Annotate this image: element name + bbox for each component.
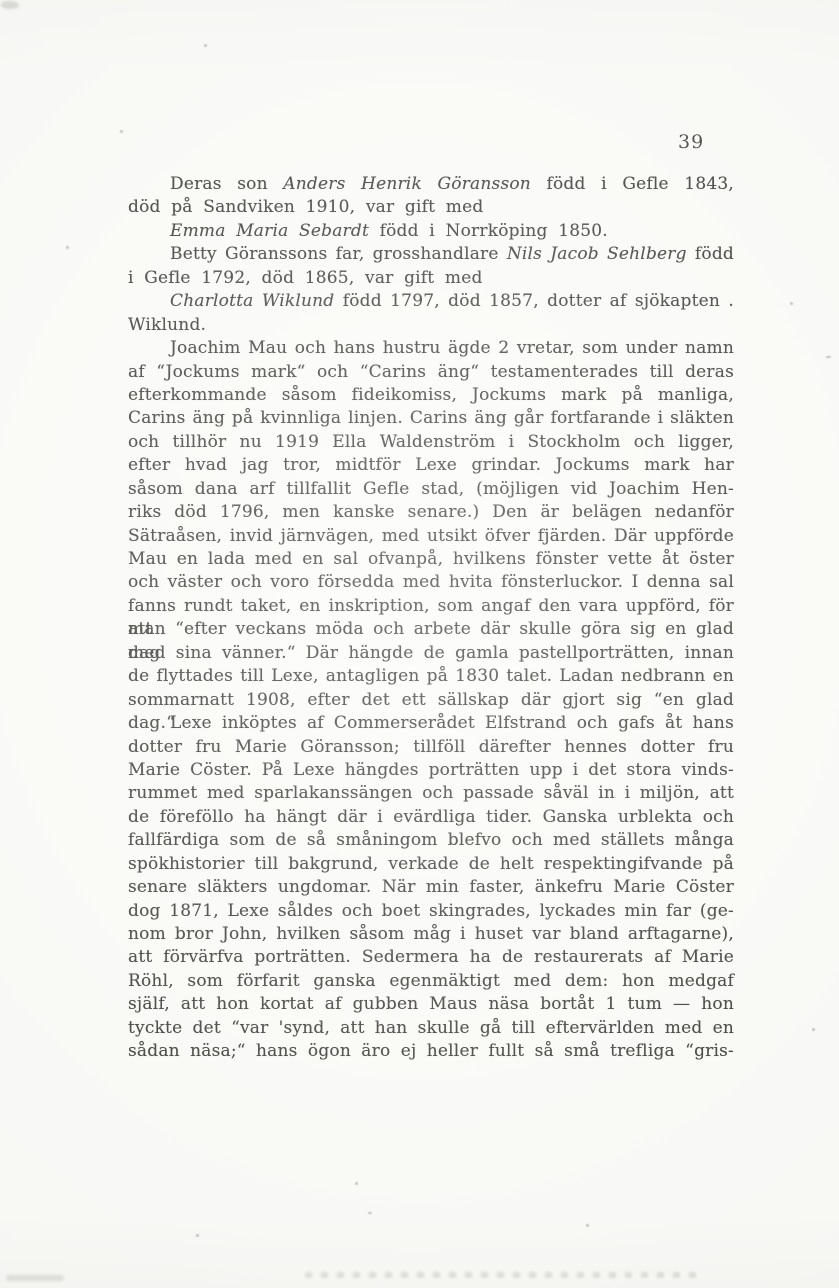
scan-speck: [196, 1234, 199, 1237]
text-line: Lexe inköptes af Commerserådet Elfstrand…: [128, 712, 734, 735]
text-block: Deras son Anders Henrik Göransson född i…: [128, 173, 734, 1064]
text-segment: själf, att hon kortat af gubben Maus näs…: [128, 994, 734, 1014]
text-segment: senare släkters ungdomar. När min faster…: [128, 877, 734, 897]
text-segment: sådan näsa;“ hans ögon äro ej heller ful…: [128, 1041, 734, 1061]
text-segment: efter hvad jag tror, midtför Lexe grinda…: [128, 455, 734, 475]
text-segment-italic: Anders Henrik Göransson: [283, 174, 531, 194]
text-line: efter hvad jag tror, midtför Lexe grinda…: [128, 454, 734, 477]
text-segment-italic: Nils Jacob Sehlberg: [507, 244, 687, 264]
text-segment: de flyttades till Lexe, antagligen på 18…: [128, 666, 734, 686]
text-line: dotter fru Marie Göransson; tillföll där…: [128, 736, 734, 759]
text-line: sommarnatt 1908, efter det ett sällskap …: [128, 689, 734, 712]
text-segment: rummet med sparlakanssängen och passade …: [128, 783, 734, 803]
text-line: spökhistorier till bakgrund, verkade de …: [128, 853, 734, 876]
text-segment: och tillhör nu 1919 Ella Waldenström i S…: [128, 432, 734, 452]
text-line: Joachim Mau och hans hustru ägde 2 vreta…: [128, 337, 734, 360]
text-segment: Röhl, som förfarit ganska egenmäktigt me…: [128, 971, 734, 991]
text-line: själf, att hon kortat af gubben Maus näs…: [128, 993, 734, 1016]
text-line: Marie Cöster. På Lexe hängdes porträtten…: [128, 759, 734, 782]
text-segment: Marie Cöster. På Lexe hängdes porträtten…: [128, 760, 734, 780]
text-line: af “Jockums mark“ och “Carins äng“ testa…: [128, 361, 734, 384]
scan-smudge-top-left: [1, 1, 19, 9]
page-number: 39: [678, 131, 704, 153]
scan-speck: [826, 356, 831, 358]
text-segment: Carins äng på kvinnliga linjen. Carins ä…: [128, 408, 734, 428]
scan-speck: [204, 44, 207, 47]
text-segment: född i Norrköping 1850.: [369, 221, 608, 241]
text-segment: i Gefle 1792, död 1865, var gift med: [128, 268, 483, 288]
text-segment: dotter fru Marie Göransson; tillföll där…: [128, 737, 734, 757]
text-line: Betty Göranssons far, grosshandlare Nils…: [128, 243, 734, 266]
text-segment: född 1797, död 1857, dotter af sjökapten…: [334, 291, 734, 311]
text-segment: Betty Göranssons far, grosshandlare: [170, 244, 507, 264]
text-line: Charlotta Wiklund född 1797, död 1857, d…: [128, 290, 734, 313]
text-line: dog 1871, Lexe såldes och boet skingrade…: [128, 900, 734, 923]
text-segment: Joachim Mau och hans hustru ägde 2 vreta…: [170, 338, 734, 358]
text-segment: fallfärdiga som de så småningom blefvo o…: [128, 830, 734, 850]
scan-speck: [790, 302, 793, 305]
text-segment: född i Gefle 1843,: [531, 174, 734, 194]
text-segment: med sina vänner.“ Där hängde de gamla pa…: [128, 643, 734, 663]
text-segment: död på Sandviken 1910, var gift med: [128, 197, 483, 217]
text-line: i Gefle 1792, död 1865, var gift med: [128, 267, 734, 290]
text-segment: riks död 1796, men kanske senare.) Den ä…: [128, 502, 734, 522]
text-line: fanns rundt taket, en inskription, som a…: [128, 595, 734, 618]
text-line: Deras son Anders Henrik Göransson född i…: [128, 173, 734, 196]
text-line: död på Sandviken 1910, var gift med: [128, 196, 734, 219]
text-line: rummet med sparlakanssängen och passade …: [128, 782, 734, 805]
text-line: senare släkters ungdomar. När min faster…: [128, 876, 734, 899]
text-segment: såsom dana arf tillfallit Gefle stad, (m…: [128, 479, 734, 499]
text-segment-italic: Emma Maria Sebardt: [170, 221, 369, 241]
text-line: Carins äng på kvinnliga linjen. Carins ä…: [128, 407, 734, 430]
scan-speck: [586, 1224, 589, 1227]
text-segment: tyckte det “var 'synd, att han skulle gå…: [128, 1018, 734, 1038]
text-segment-italic: Charlotta Wiklund: [170, 291, 334, 311]
text-line: efterkommande såsom fideikomiss, Jockums…: [128, 384, 734, 407]
scan-speck: [812, 1028, 815, 1031]
text-segment: Deras son: [170, 174, 283, 194]
text-line: sådan näsa;“ hans ögon äro ej heller ful…: [128, 1040, 734, 1063]
text-line: Sätraåsen, invid järnvägen, med utsikt ö…: [128, 525, 734, 548]
text-line: Wiklund.: [128, 314, 734, 337]
text-segment: född: [687, 244, 734, 264]
text-segment: Lexe inköptes af Commerserådet Elfstrand…: [170, 713, 734, 733]
text-line: med sina vänner.“ Där hängde de gamla pa…: [128, 642, 734, 665]
text-segment: dog 1871, Lexe såldes och boet skingrade…: [128, 901, 734, 921]
text-segment: att förvärfva porträtten. Sedermera ha d…: [128, 947, 734, 967]
text-line: Emma Maria Sebardt född i Norrköping 185…: [128, 220, 734, 243]
text-segment: Wiklund.: [128, 315, 206, 335]
text-line: de föreföllo ha hängt där i evärdliga ti…: [128, 806, 734, 829]
text-segment: spökhistorier till bakgrund, verkade de …: [128, 854, 734, 874]
text-segment: de föreföllo ha hängt där i evärdliga ti…: [128, 807, 734, 827]
text-segment: nom bror John, hvilken såsom måg i huset…: [128, 924, 734, 944]
scan-speck: [66, 246, 69, 249]
text-line: Röhl, som förfarit ganska egenmäktigt me…: [128, 970, 734, 993]
text-line: nom bror John, hvilken såsom måg i huset…: [128, 923, 734, 946]
text-line: att förvärfva porträtten. Sedermera ha d…: [128, 946, 734, 969]
scan-speck: [355, 1182, 358, 1185]
text-line: tyckte det “var 'synd, att han skulle gå…: [128, 1017, 734, 1040]
scan-speck: [368, 1212, 372, 1214]
text-line: riks död 1796, men kanske senare.) Den ä…: [128, 501, 734, 524]
text-line: Mau en lada med en sal ofvanpå, hvilkens…: [128, 548, 734, 571]
text-line: de flyttades till Lexe, antagligen på 18…: [128, 665, 734, 688]
scanned-book-page: 39 Deras son Anders Henrik Göransson föd…: [0, 0, 839, 1288]
text-segment: efterkommande såsom fideikomiss, Jockums…: [128, 385, 734, 405]
text-segment: Sätraåsen, invid järnvägen, med utsikt ö…: [128, 526, 734, 546]
text-segment: af “Jockums mark“ och “Carins äng“ testa…: [128, 362, 734, 382]
text-segment: Mau en lada med en sal ofvanpå, hvilkens…: [128, 549, 734, 569]
scan-bleedthrough-bottom: [305, 1272, 705, 1278]
text-segment: och väster och voro försedda med hvita f…: [128, 572, 734, 592]
scan-smudge-bottom-left: [6, 1275, 64, 1281]
text-line: och väster och voro försedda med hvita f…: [128, 571, 734, 594]
text-line: såsom dana arf tillfallit Gefle stad, (m…: [128, 478, 734, 501]
text-line: man “efter veckans möda och arbete där s…: [128, 618, 734, 641]
text-line: fallfärdiga som de så småningom blefvo o…: [128, 829, 734, 852]
scan-speck: [120, 130, 123, 133]
text-line: och tillhör nu 1919 Ella Waldenström i S…: [128, 431, 734, 454]
